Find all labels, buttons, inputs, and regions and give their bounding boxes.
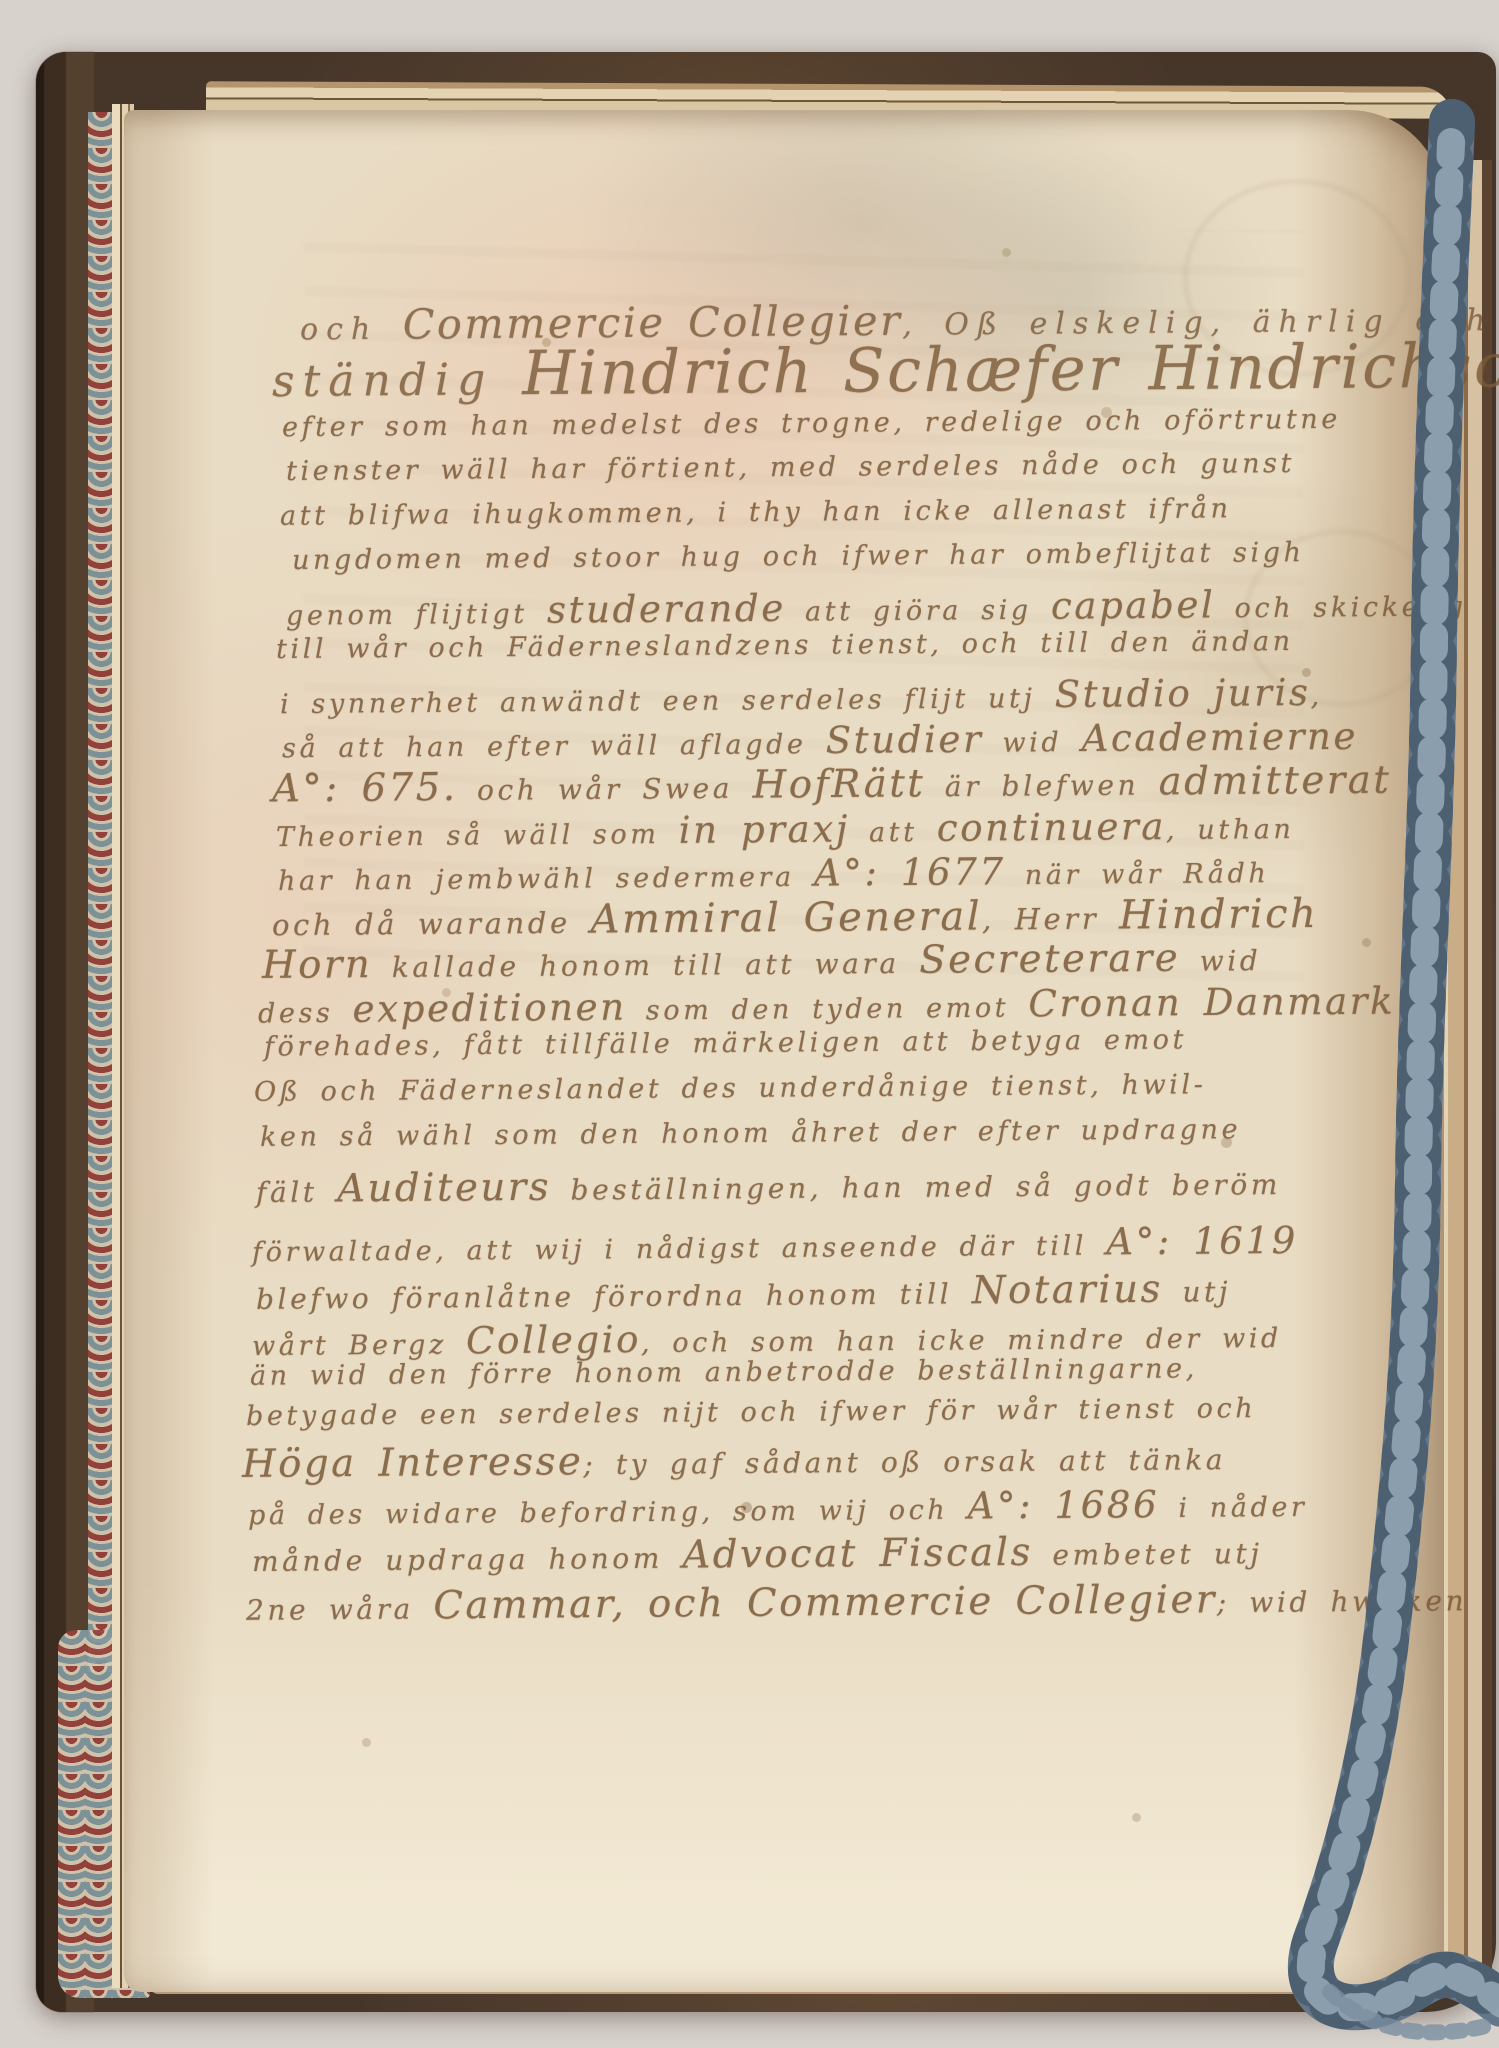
page-stack-right-edges [1438,160,1492,1992]
foxing-spots [124,110,129,115]
verso-ink-showthrough [304,230,1304,990]
stain-ring [1184,180,1410,376]
book-scan-photo: och Commercie Collegier, Oß elskelig, äh… [0,0,1499,2048]
manuscript-page [124,110,1444,1992]
stain-ring [1244,530,1440,706]
marbled-paper-edge [88,112,114,1672]
